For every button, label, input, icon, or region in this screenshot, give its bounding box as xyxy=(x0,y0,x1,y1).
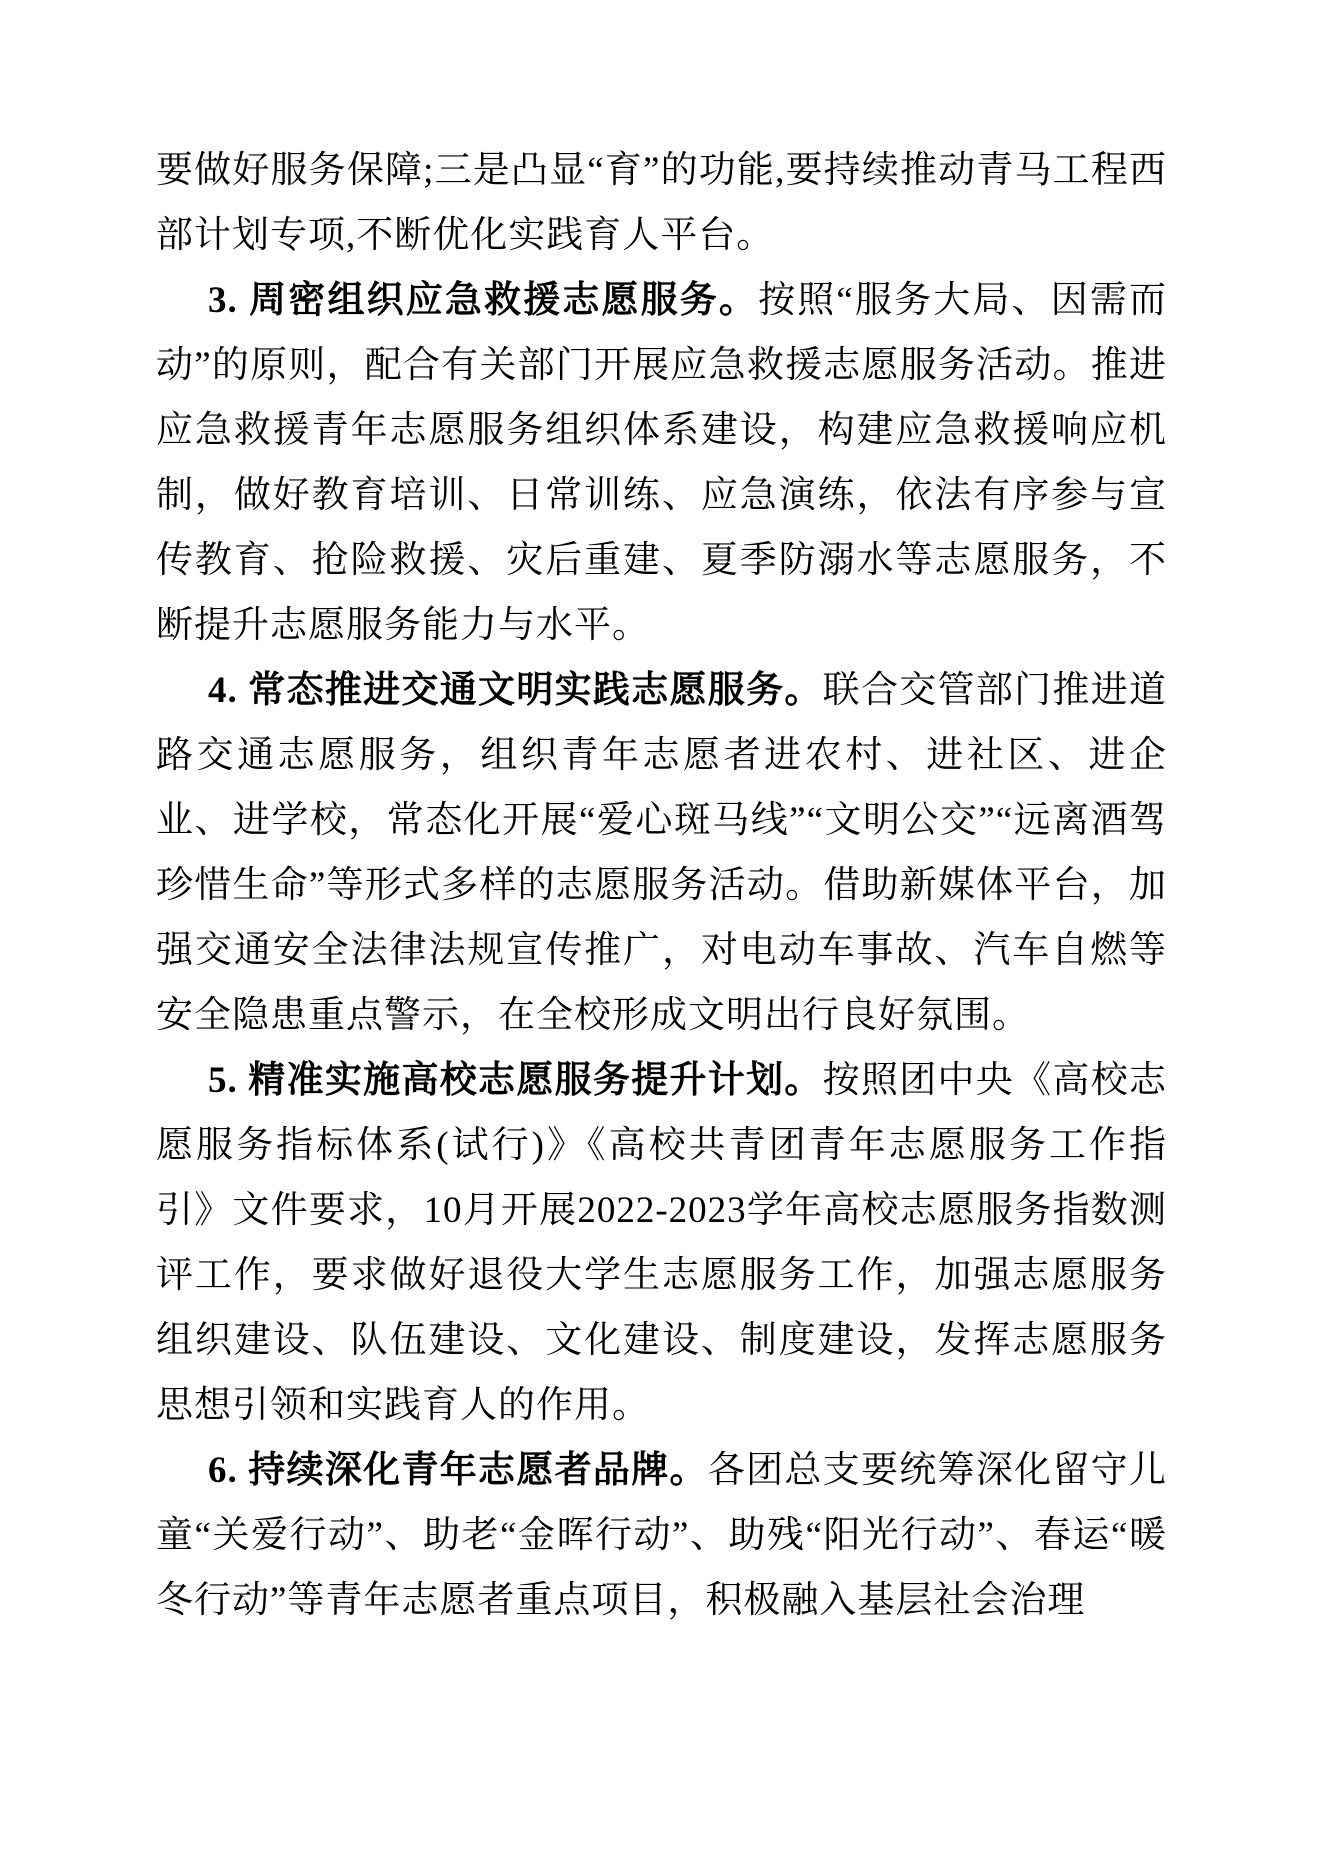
paragraph: 3. 周密组织应急救援志愿服务。按照“服务大局、因需而动”的原则，配合有关部门开… xyxy=(156,268,1167,658)
document-body: 要做好服务保障;三是凸显“育”的功能,要持续推动青马工程西部计划专项,不断优化实… xyxy=(156,138,1167,1633)
paragraph: 要做好服务保障;三是凸显“育”的功能,要持续推动青马工程西部计划专项,不断优化实… xyxy=(156,138,1167,268)
paragraph-body: 按照团中央《高校志愿服务指标体系(试行)》《高校共青团青年志愿服务工作指引》文件… xyxy=(156,1060,1167,1426)
paragraph-lead: 6. 持续深化青年志愿者品牌。 xyxy=(208,1450,708,1491)
paragraph-lead: 5. 精准实施高校志愿服务提升计划。 xyxy=(208,1060,823,1101)
paragraph-lead: 3. 周密组织应急救援志愿服务。 xyxy=(208,280,758,321)
paragraph-lead: 4. 常态推进交通文明实践志愿服务。 xyxy=(208,670,823,711)
paragraph-body: 联合交管部门推进道路交通志愿服务，组织青年志愿者进农村、进社区、进企业、进学校，… xyxy=(156,670,1167,1036)
document-page: 要做好服务保障;三是凸显“育”的功能,要持续推动青马工程西部计划专项,不断优化实… xyxy=(0,0,1323,1871)
paragraph: 4. 常态推进交通文明实践志愿服务。联合交管部门推进道路交通志愿服务，组织青年志… xyxy=(156,658,1167,1048)
paragraph: 6. 持续深化青年志愿者品牌。各团总支要统筹深化留守儿童“关爱行动”、助老“金晖… xyxy=(156,1438,1167,1633)
paragraph-body: 要做好服务保障;三是凸显“育”的功能,要持续推动青马工程西部计划专项,不断优化实… xyxy=(156,150,1167,256)
paragraph-body: 按照“服务大局、因需而动”的原则，配合有关部门开展应急救援志愿服务活动。推进应急… xyxy=(156,280,1167,646)
paragraph: 5. 精准实施高校志愿服务提升计划。按照团中央《高校志愿服务指标体系(试行)》《… xyxy=(156,1048,1167,1438)
